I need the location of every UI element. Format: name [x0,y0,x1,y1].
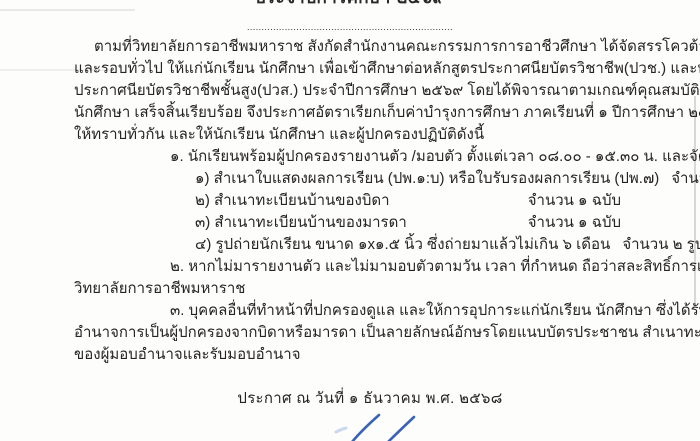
checklist-item-qty: จำนวน ๑ ฉบับ [516,190,621,212]
intro-line: และรอบทั่วไป ให้แก่นักเรียน นักศึกษา เพื… [74,58,666,80]
checklist-item: ๑) สำเนาใบแสดงผลการเรียน (ปพ.๑:บ) หรือใบ… [195,168,621,190]
section3-line: ของผู้มอบอำนาจและรับมอบอำนาจ [74,344,666,366]
intro-line: ประกาศนียบัตรวิชาชีพชั้นสูง(ปวส.) ประจำป… [74,80,666,102]
checklist-item: ๔) รูปถ่ายนักเรียน ขนาด ๑x๑.๕ นิ้ว ซึ่งถ… [195,234,621,256]
signature-ink [300,408,450,441]
scanned-announcement-page: ประจำปีการศึกษา ๒๕๖๙ ...................… [0,0,700,441]
intro-line: ตามที่วิทยาลัยการอาชีพมหาราช สังกัดสำนัก… [74,36,666,58]
intro-line: นักศึกษา เสร็จสิ้นเรียบร้อย จึงประกาศอัต… [74,102,666,124]
document-body: ตามที่วิทยาลัยการอาชีพมหาราช สังกัดสำนัก… [74,36,666,410]
page-title-partial: ประจำปีการศึกษา ๒๕๖๙ [0,0,700,9]
section2-line: ๒. หากไม่มารายงานตัว และไม่มามอบตัวตามวั… [74,256,666,278]
scan-artifact [0,9,135,11]
checklist-item: ๒) สำเนาทะเบียนบ้านของบิดา จำนวน ๑ ฉบับ [195,190,621,212]
section3-line: ๓. บุคคลอื่นที่ทำหน้าที่ปกครองดูแล และให… [74,300,666,322]
checklist-item-qty: จำนวน ๑ ฉบับ [516,212,621,234]
checklist-item-label: ๔) รูปถ่ายนักเรียน ขนาด ๑x๑.๕ นิ้ว ซึ่งถ… [195,234,610,256]
intro-line: ให้ทราบทั่วกัน และให้นักเรียน นักศึกษา แ… [74,124,666,146]
checklist-item-label: ๓) สำเนาทะเบียนบ้านของมารดา [195,212,407,234]
checklist-item-qty: จำนวน ๑ ฉบับ [659,168,700,190]
checklist-item-label: ๒) สำเนาทะเบียนบ้านของบิดา [195,190,390,212]
section1-heading: ๑. นักเรียนพร้อมผู้ปกครองรายงานตัว /มอบต… [74,146,666,168]
checklist-item-label: ๑) สำเนาใบแสดงผลการเรียน (ปพ.๑:บ) หรือใบ… [195,168,659,190]
checklist-item-qty: จำนวน ๒ รูป [610,234,700,256]
checklist-item: ๓) สำเนาทะเบียนบ้านของมารดา จำนวน ๑ ฉบับ [195,212,621,234]
section2-line: วิทยาลัยการอาชีพมหาราช [74,278,666,300]
section3-line: อำนาจการเป็นผู้ปกครองจากบิดาหรือมารดา เป… [74,322,666,344]
dotted-divider: ........................................… [247,16,453,38]
announcement-date-line: ประกาศ ณ วันที่ ๑ ธันวาคม พ.ศ. ๒๕๖๘ [74,388,666,410]
